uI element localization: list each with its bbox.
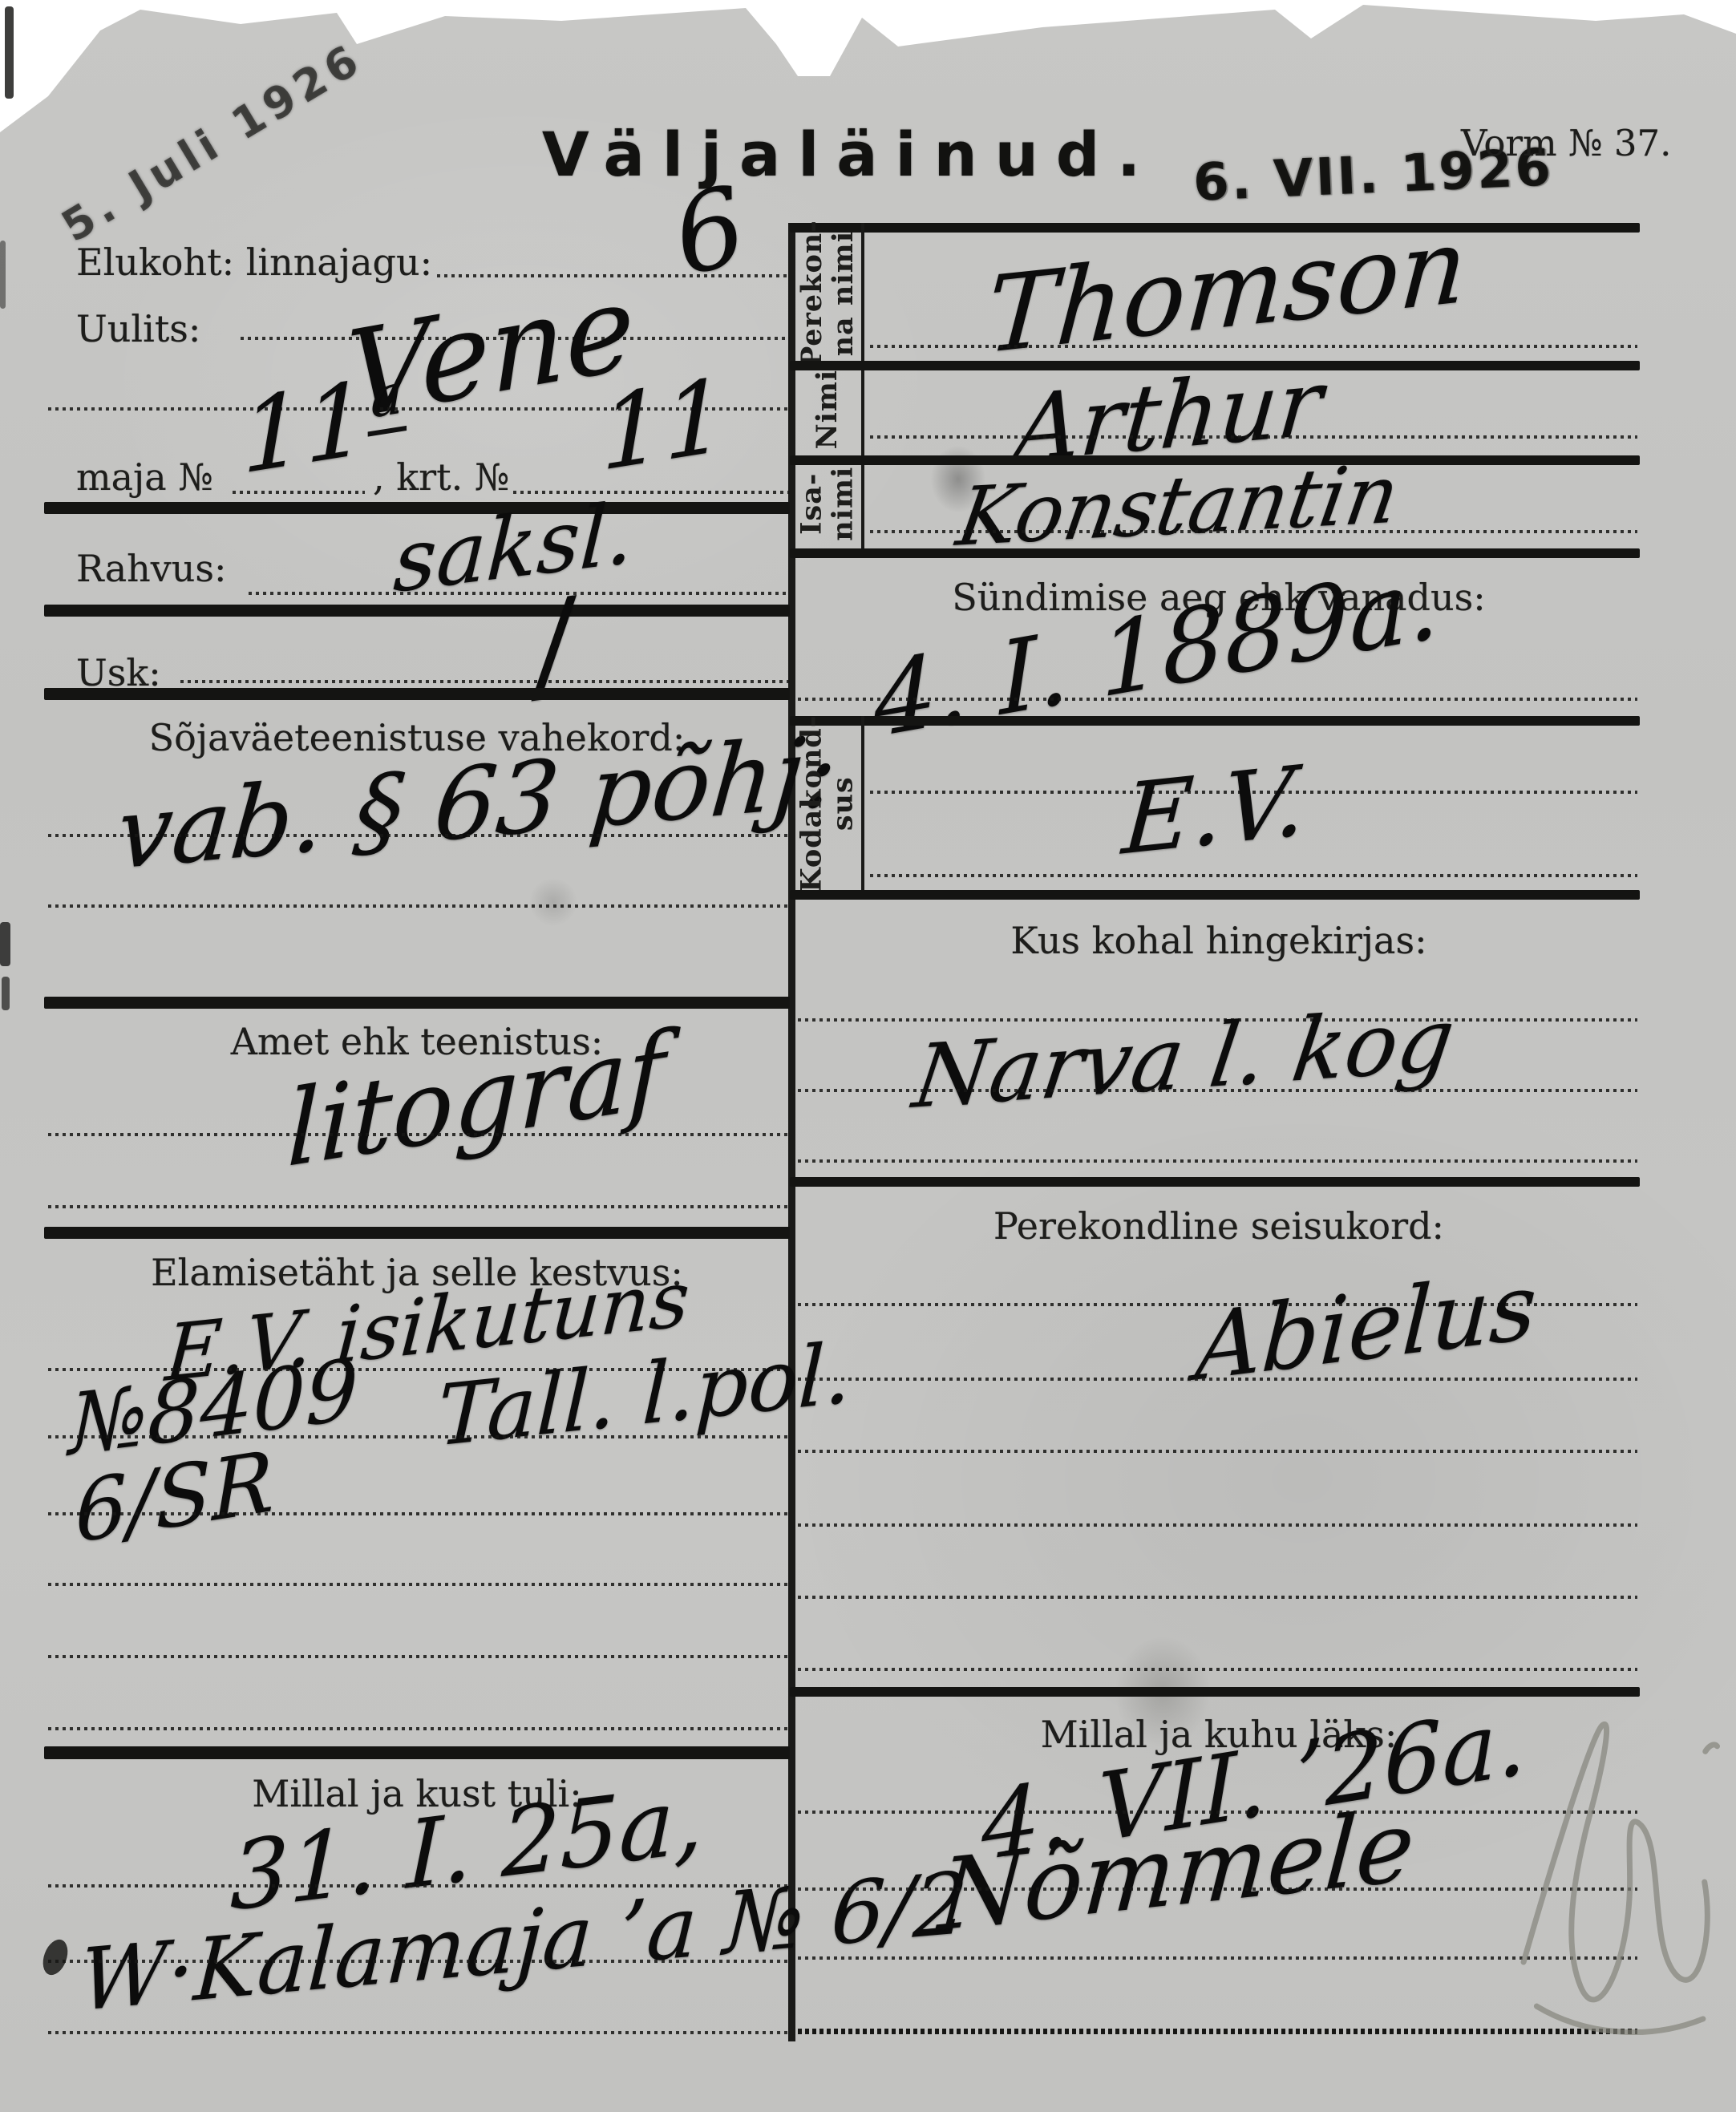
field-label-seisukord: Perekondline seisukord: — [798, 1204, 1640, 1248]
dotted-line — [48, 1583, 790, 1586]
field-label-rahvus: Rahvus: — [76, 547, 226, 590]
dotted-line — [870, 345, 1637, 348]
rule — [44, 688, 790, 700]
dotted-line — [870, 874, 1637, 877]
field-label-maja: maja № — [76, 455, 213, 499]
dotted-line — [48, 904, 790, 908]
dotted-line — [798, 1089, 1637, 1092]
dotted-line — [48, 1435, 790, 1438]
field-label-kodakondsus: Kodakond-sus — [792, 721, 863, 887]
field-label-perekonnanimi: Perekon-na nimi — [792, 228, 863, 359]
rule — [790, 1177, 1640, 1187]
dotted-line — [180, 680, 790, 683]
field-label-nimi: Nimi — [792, 366, 863, 454]
field-label-elukoht: Elukoht: linnajagu: — [76, 241, 432, 284]
scan-edge-mark — [5, 6, 14, 99]
dotted-line — [48, 1727, 790, 1730]
dotted-line — [48, 1133, 790, 1136]
handwritten-citizenship: E.V. — [1119, 745, 1310, 877]
rule — [790, 716, 1640, 726]
rule — [790, 890, 1640, 900]
dotted-line — [798, 1450, 1637, 1453]
dotted-line — [48, 2031, 790, 2034]
pencil-signature — [1486, 1684, 1736, 2053]
scan-edge-mark — [0, 922, 10, 966]
received-date-stamp: 5. Juli 1926 — [32, 40, 393, 245]
scan-edge-mark — [2, 977, 10, 1010]
form-number: Vorm № 37. — [1461, 122, 1671, 164]
dotted-line — [48, 834, 790, 837]
dotted-line — [798, 1596, 1637, 1599]
field-label-isanimi: Isa-nimi — [792, 460, 863, 547]
dotted-line — [48, 1512, 790, 1515]
rule — [44, 1746, 790, 1759]
dotted-line — [798, 2029, 1637, 2034]
dotted-line — [233, 491, 365, 494]
dotted-line — [798, 1668, 1637, 1671]
rule — [44, 1227, 790, 1239]
dotted-line — [798, 1523, 1637, 1527]
form-title: Väljaläinud. — [521, 119, 1179, 190]
dotted-line — [798, 1378, 1637, 1381]
rule — [44, 997, 790, 1009]
field-label-krt: , krt. № — [373, 455, 509, 499]
dotted-line — [870, 435, 1637, 439]
rule — [790, 548, 1640, 558]
registration-card-scan: 5. Juli 1926 Väljaläinud. 6 6. VII. 1926… — [0, 0, 1736, 2112]
dotted-line — [48, 1205, 790, 1208]
scan-edge-mark — [0, 241, 6, 309]
handwritten-apartment-number: 11 — [600, 357, 728, 494]
rule — [44, 605, 790, 617]
field-label-uulits: Uulits: — [76, 307, 200, 350]
dotted-line — [798, 1159, 1637, 1163]
dotted-line — [48, 1655, 790, 1658]
label-divider — [861, 716, 864, 890]
dotted-line — [48, 1960, 790, 1963]
dotted-line — [870, 530, 1637, 533]
dotted-line — [798, 698, 1637, 701]
field-label-hingekirjas: Kus kohal hingekirjas: — [798, 919, 1640, 962]
